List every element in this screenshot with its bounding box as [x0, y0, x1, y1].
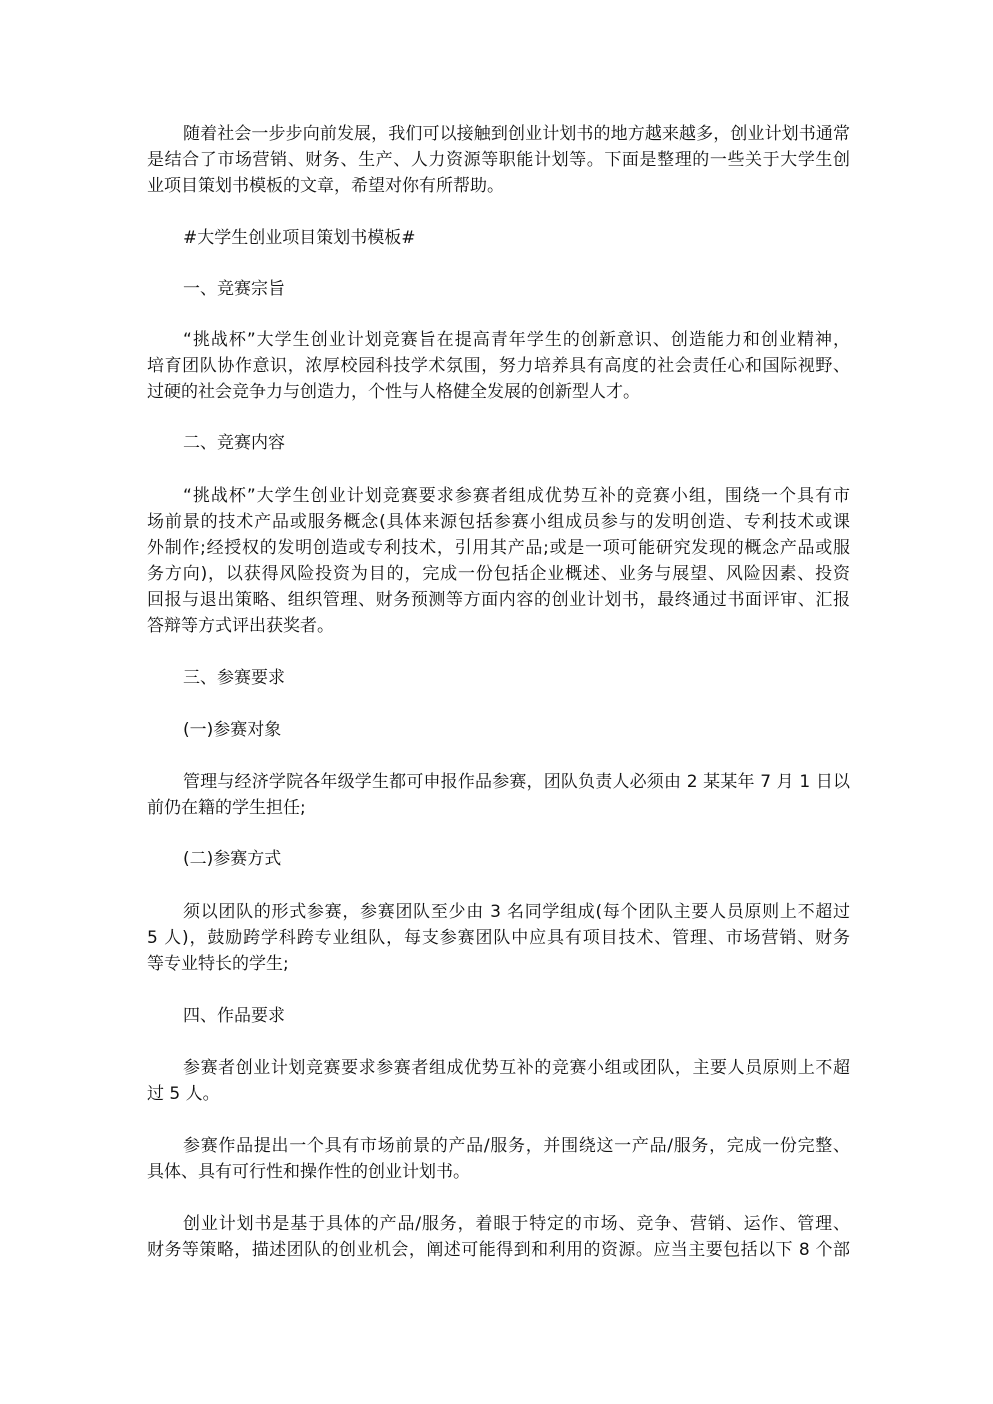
section3-sub2-line-1: 须以团队的形式参赛，参赛团队至少由 3 名同学组成(每个团队主要人员原则上不超过	[183, 901, 850, 923]
section3-sub1-line-2: 前仍在籍的学生担任;	[147, 797, 850, 819]
section3-sub1-line-1: 管理与经济学院各年级学生都可申报作品参赛，团队负责人必须由 2 某某年 7 月 …	[183, 771, 850, 793]
tag-heading: #大学生创业项目策划书模板#	[183, 227, 416, 249]
section2-line-4: 务方向)，以获得风险投资为目的，完成一份包括企业概述、业务与展望、风险因素、投资	[147, 563, 850, 585]
section1-line-2: 培育团队协作意识，浓厚校园科技学术氛围，努力培养具有高度的社会责任心和国际视野、	[147, 355, 850, 377]
section2-line-1: “挑战杯”大学生创业计划竞赛要求参赛者组成优势互补的竞赛小组，围绕一个具有市	[183, 485, 850, 507]
section4-para2-line-1: 参赛作品提出一个具有市场前景的产品/服务，并围绕这一产品/服务，完成一份完整、	[183, 1135, 850, 1157]
section2-line-6: 答辩等方式评出获奖者。	[147, 615, 850, 637]
section2-line-3: 外制作;经授权的发明创造或专利技术，引用其产品;或是一项可能研究发现的概念产品或…	[147, 537, 850, 559]
section3-sub2-heading: (二)参赛方式	[183, 848, 281, 870]
intro-line-2: 是结合了市场营销、财务、生产、人力资源等职能计划等。下面是整理的一些关于大学生创	[147, 149, 850, 171]
section2-line-2: 场前景的技术产品或服务概念(具体来源包括参赛小组成员参与的发明创造、专利技术或课	[147, 511, 850, 533]
intro-line-1: 随着社会一步步向前发展，我们可以接触到创业计划书的地方越来越多，创业计划书通常	[183, 123, 850, 145]
section4-para2-line-2: 具体、具有可行性和操作性的创业计划书。	[147, 1161, 850, 1183]
section4-para1-line-2: 过 5 人。	[147, 1083, 850, 1105]
section3-heading: 三、参赛要求	[183, 667, 285, 689]
intro-line-3: 业项目策划书模板的文章，希望对你有所帮助。	[147, 175, 850, 197]
document-page: 随着社会一步步向前发展，我们可以接触到创业计划书的地方越来越多，创业计划书通常 …	[0, 0, 993, 1404]
section3-sub2-line-3: 等专业特长的学生;	[147, 953, 850, 975]
section4-para3-line-1: 创业计划书是基于具体的产品/服务，着眼于特定的市场、竞争、营销、运作、管理、	[183, 1213, 850, 1235]
section4-para3-line-2: 财务等策略，描述团队的创业机会，阐述可能得到和利用的资源。应当主要包括以下 8 …	[147, 1239, 850, 1261]
section2-line-5: 回报与退出策略、组织管理、财务预测等方面内容的创业计划书，最终通过书面评审、汇报	[147, 589, 850, 611]
section3-sub2-line-2: 5 人)，鼓励跨学科跨专业组队，每支参赛团队中应具有项目技术、管理、市场营销、财…	[147, 927, 850, 949]
section1-line-1: “挑战杯”大学生创业计划竞赛旨在提高青年学生的创新意识、创造能力和创业精神，	[183, 329, 850, 351]
section2-heading: 二、竞赛内容	[183, 432, 285, 454]
section1-line-3: 过硬的社会竞争力与创造力，个性与人格健全发展的创新型人才。	[147, 381, 850, 403]
section4-para1-line-1: 参赛者创业计划竞赛要求参赛者组成优势互补的竞赛小组或团队，主要人员原则上不超	[183, 1057, 850, 1079]
section3-sub1-heading: (一)参赛对象	[183, 719, 281, 741]
section1-heading: 一、竞赛宗旨	[183, 278, 285, 300]
section4-heading: 四、作品要求	[183, 1005, 285, 1027]
